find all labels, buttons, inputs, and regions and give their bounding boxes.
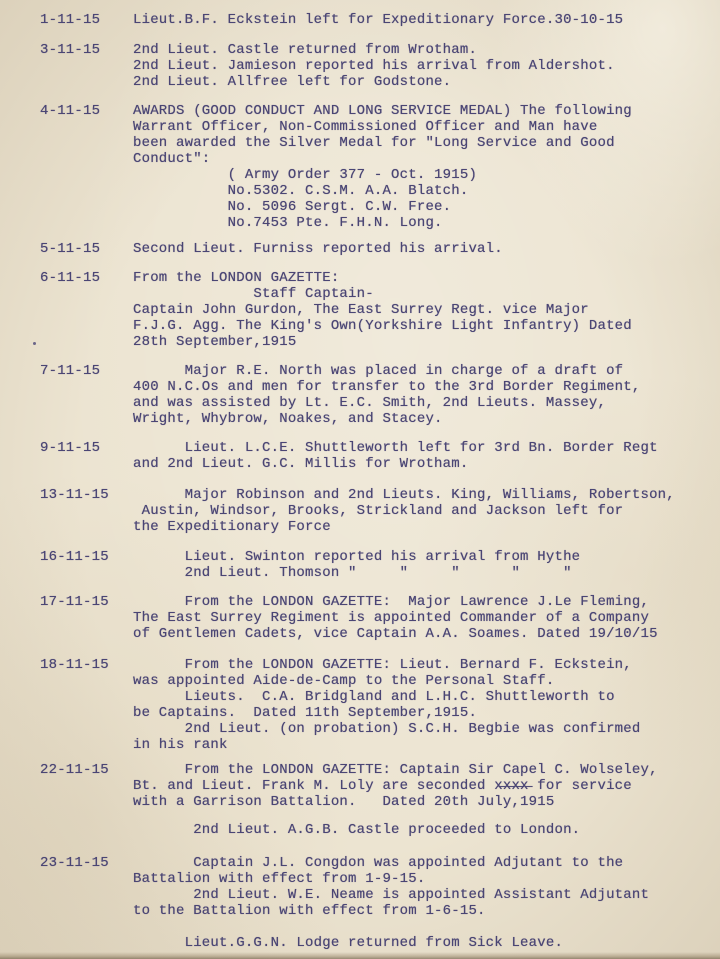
diary-entry: 9-11-15 Lieut. L.C.E. Shuttleworth left …	[0, 440, 720, 472]
entry-date: 9-11-15	[0, 440, 133, 456]
entry-text: Second Lieut. Furniss reported his arriv…	[133, 241, 720, 257]
entry-text: AWARDS (GOOD CONDUCT AND LONG SERVICE ME…	[133, 103, 720, 231]
stray-ink-dot	[33, 342, 36, 345]
diary-entry: 17-11-15 From the LONDON GAZETTE: Major …	[0, 594, 720, 642]
entry-text: Major Robinson and 2nd Lieuts. King, Wil…	[133, 487, 720, 535]
entry-text: 2nd Lieut. A.G.B. Castle proceeded to Lo…	[133, 822, 720, 838]
entry-text: From the LONDON GAZETTE: Lieut. Bernard …	[133, 657, 720, 753]
entry-text: 2nd Lieut. Castle returned from Wrotham.…	[133, 42, 720, 90]
diary-entry: 13-11-15 Major Robinson and 2nd Lieuts. …	[0, 487, 720, 535]
entry-date: 13-11-15	[0, 487, 133, 503]
entry-date: 3-11-15	[0, 42, 133, 58]
diary-entry: 6-11-15 From the LONDON GAZETTE: Staff C…	[0, 270, 720, 350]
entry-date: 18-11-15	[0, 657, 133, 673]
entry-text: Lieut.B.F. Eckstein left for Expeditiona…	[133, 12, 720, 28]
entry-date: 16-11-15	[0, 549, 133, 565]
entry-date: 22-11-15	[0, 762, 133, 778]
diary-entry: 1-11-15 Lieut.B.F. Eckstein left for Exp…	[0, 12, 720, 28]
entry-date: 4-11-15	[0, 103, 133, 119]
diary-entry: 23-11-15 Captain J.L. Congdon was appoin…	[0, 855, 720, 919]
diary-entry: Lieut.G.G.N. Lodge returned from Sick Le…	[0, 935, 720, 951]
diary-page: 1-11-15 Lieut.B.F. Eckstein left for Exp…	[0, 0, 720, 959]
diary-entry: 4-11-15 AWARDS (GOOD CONDUCT AND LONG SE…	[0, 103, 720, 231]
diary-entry: 16-11-15 Lieut. Swinton reported his arr…	[0, 549, 720, 581]
entry-text: Lieut.G.G.N. Lodge returned from Sick Le…	[133, 935, 720, 951]
entry-text: Lieut. L.C.E. Shuttleworth left for 3rd …	[133, 440, 720, 472]
diary-entry: 2nd Lieut. A.G.B. Castle proceeded to Lo…	[0, 822, 720, 838]
entry-date: 7-11-15	[0, 363, 133, 379]
diary-entries: 1-11-15 Lieut.B.F. Eckstein left for Exp…	[0, 0, 720, 951]
entry-date: 1-11-15	[0, 12, 133, 28]
entry-text: Major R.E. North was placed in charge of…	[133, 363, 720, 427]
entry-date: 23-11-15	[0, 855, 133, 871]
entry-text: From the LONDON GAZETTE: Captain Sir Cap…	[133, 762, 720, 810]
entry-date: 6-11-15	[0, 270, 133, 286]
diary-entry: 18-11-15 From the LONDON GAZETTE: Lieut.…	[0, 657, 720, 753]
diary-entry: 7-11-15 Major R.E. North was placed in c…	[0, 363, 720, 427]
diary-entry: 3-11-15 2nd Lieut. Castle returned from …	[0, 42, 720, 90]
entry-date: 17-11-15	[0, 594, 133, 610]
diary-entry: 22-11-15 From the LONDON GAZETTE: Captai…	[0, 762, 720, 810]
entry-text: Lieut. Swinton reported his arrival from…	[133, 549, 720, 581]
diary-entry: 5-11-15 Second Lieut. Furniss reported h…	[0, 241, 720, 257]
entry-text: Captain J.L. Congdon was appointed Adjut…	[133, 855, 720, 919]
entry-text: From the LONDON GAZETTE: Staff Captain- …	[133, 270, 720, 350]
entry-text: From the LONDON GAZETTE: Major Lawrence …	[133, 594, 720, 642]
entry-date: 5-11-15	[0, 241, 133, 257]
